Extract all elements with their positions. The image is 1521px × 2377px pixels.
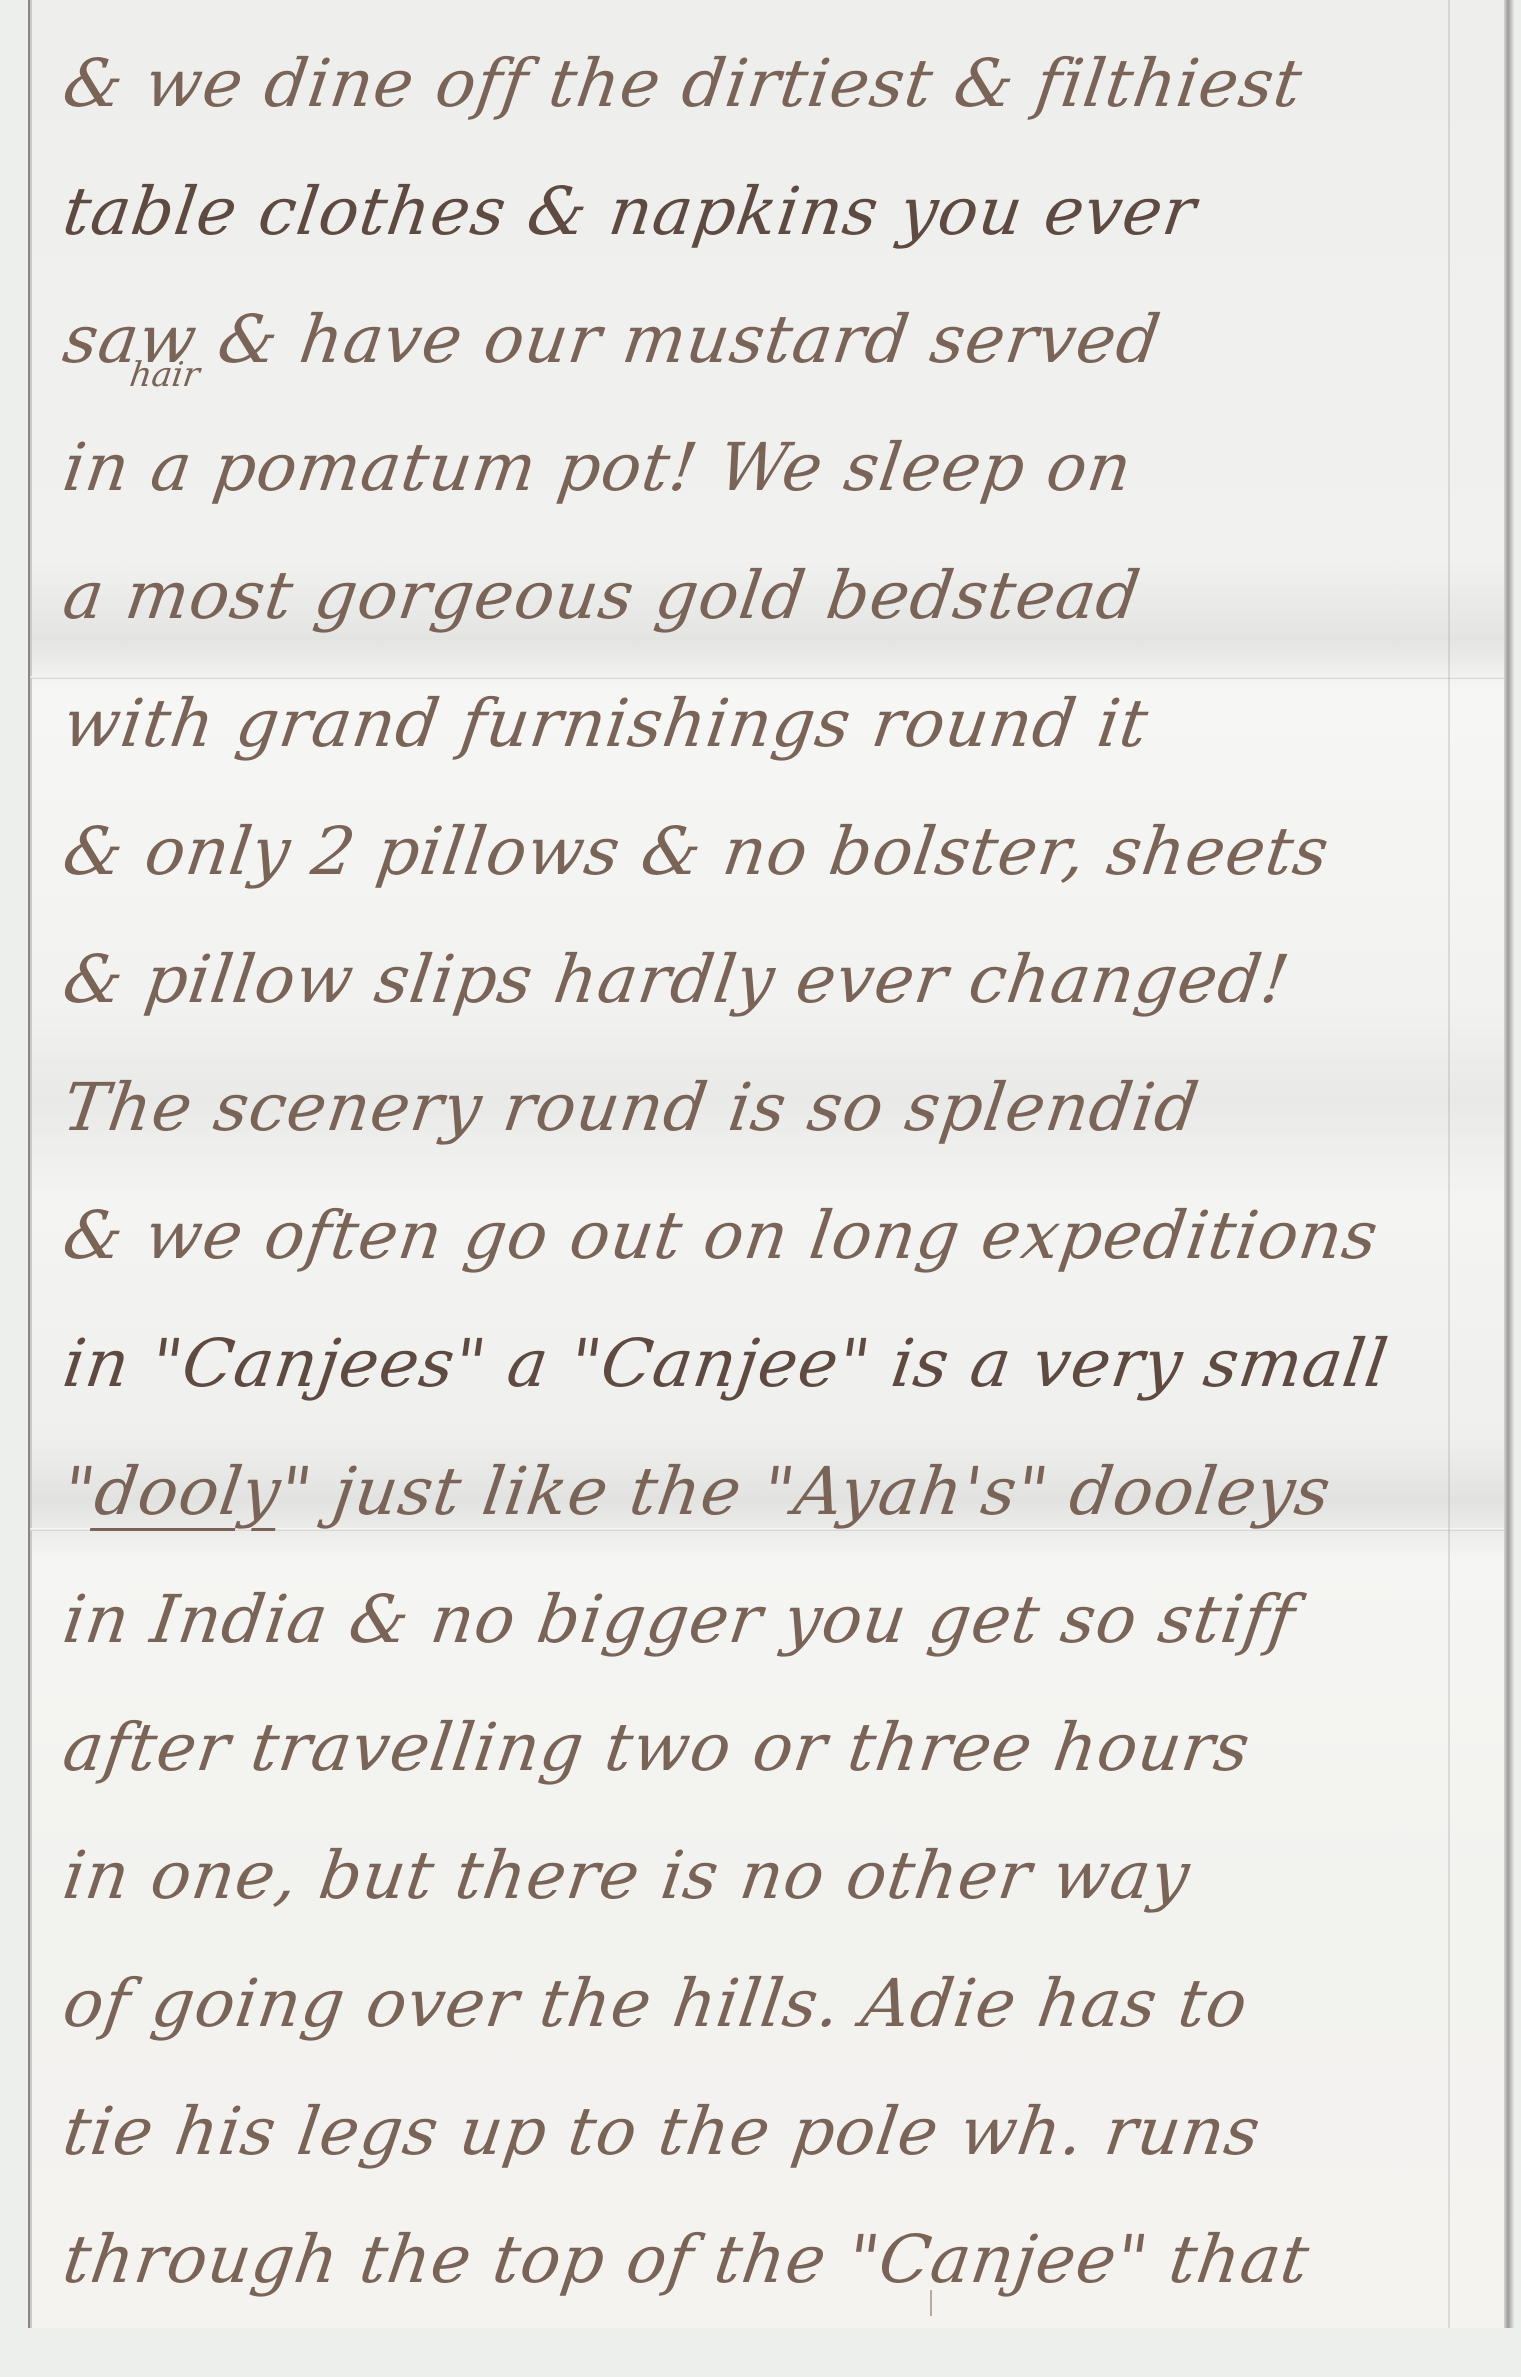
- letter-line-13: in India & no bigger you get so stiff: [55, 1556, 1513, 1684]
- letter-line-8: & pillow slips hardly ever changed!: [55, 916, 1513, 1044]
- line-12-rest: " just like the "Ayah's" dooleys: [275, 1453, 1336, 1530]
- letter-line-7: & only 2 pillows & no bolster, sheets: [55, 788, 1513, 916]
- letter-line-11: in "Canjees" a "Canjee" is a very small: [55, 1300, 1513, 1428]
- letter-line-10: & we often go out on long expeditions: [55, 1172, 1513, 1300]
- letter-line-1: & we dine off the dirtiest & filthiest: [55, 20, 1513, 148]
- letter-line-2: table clothes & napkins you ever: [55, 148, 1513, 276]
- underlined-word: dooly: [90, 1453, 286, 1530]
- letter-line-6: with grand furnishings round it: [55, 660, 1513, 788]
- letter-line-5: a most gorgeous gold bedstead: [55, 532, 1513, 660]
- letter-line-15: in one, but there is no other way: [55, 1812, 1513, 1940]
- letter-line-17: tie his legs up to the pole wh. runs: [55, 2068, 1513, 2196]
- letter-line-18: through the top of the "Canjee" that: [55, 2196, 1513, 2324]
- letter-line-3: saw & have our mustard served: [55, 276, 1513, 404]
- letter-line-9: The scenery round is so splendid: [55, 1044, 1513, 1172]
- letter-line-4: in a pomatum pot! We sleep on: [55, 404, 1513, 532]
- handwritten-text-block: & we dine off the dirtiest & filthiest t…: [55, 20, 1495, 2324]
- letter-line-16: of going over the hills. Adie has to: [55, 1940, 1513, 2068]
- letter-line-14: after travelling two or three hours: [55, 1684, 1513, 1812]
- letter-line-12: "dooly" just like the "Ayah's" dooleys: [55, 1428, 1513, 1556]
